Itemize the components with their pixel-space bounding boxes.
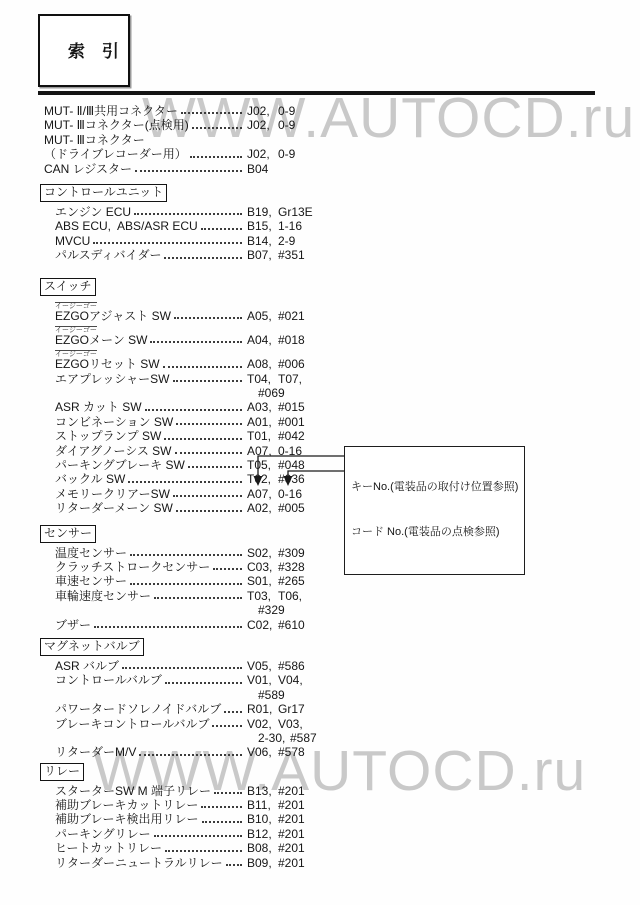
- key-no: V01,: [247, 673, 278, 687]
- code-no: #201: [278, 841, 305, 855]
- callout-arrows: [250, 445, 350, 491]
- index-row: EZGOメーン SWA04,#018: [44, 333, 610, 347]
- code-no: #201: [278, 812, 305, 826]
- item-codes: A04,#018: [247, 333, 610, 347]
- code-no: #015: [278, 400, 305, 414]
- item-codes: S01,#265: [247, 574, 610, 588]
- item-label: パーキングリレー: [55, 827, 151, 841]
- index-row: コントロールバルブV01,V04,: [44, 673, 610, 687]
- key-no: A08,: [247, 357, 278, 371]
- item-label: コントロールバルブ: [55, 673, 162, 687]
- code-no: T07,: [278, 372, 302, 386]
- item-label: エンジン ECU: [55, 205, 131, 219]
- key-no-arrow-line: [258, 456, 344, 477]
- dotted-leader: [130, 554, 242, 556]
- index-row: ASR カット SWA03,#015: [44, 400, 610, 414]
- dotted-leader: [150, 341, 242, 343]
- item-label: スターターSW M 端子リレー: [55, 784, 211, 798]
- item-codes: 2-30,#587: [258, 731, 317, 745]
- key-no: #069: [258, 386, 290, 400]
- item-label: 車速センサー: [55, 574, 127, 588]
- index-row-continuation: #329: [44, 603, 610, 617]
- section-title: リレー: [44, 764, 80, 778]
- item-label: 車輪速度センサー: [55, 589, 151, 603]
- section: マグネットバルブASR バルブV05,#586コントロールバルブV01,V04,…: [44, 638, 610, 760]
- index-row: （ドライブレコーダー用）J02,0-9: [44, 147, 610, 161]
- item-codes: B13,#201: [247, 784, 610, 798]
- dotted-leader: [188, 466, 242, 468]
- dotted-leader: [201, 228, 242, 230]
- index-row: EZGOリセット SWA08,#006: [44, 357, 610, 371]
- furigana-row: イージーゴー: [44, 301, 610, 309]
- code-no-arrow-line: [288, 471, 344, 477]
- dotted-leader: [176, 423, 242, 425]
- dotted-leader: [163, 366, 242, 368]
- item-codes: T04,T07,: [247, 372, 610, 386]
- item-label: ダイアグノーシス SW: [55, 444, 172, 458]
- code-no: 2-9: [278, 234, 295, 248]
- item-label: クラッチストロークセンサー: [55, 560, 210, 574]
- item-label: パーキングブレーキ SW: [55, 458, 185, 472]
- key-no: S02,: [247, 546, 278, 560]
- item-label: 補助ブレーキ検出用リレー: [55, 812, 199, 826]
- key-no: B08,: [247, 841, 278, 855]
- title-rule: [38, 91, 595, 95]
- item-codes: B10,#201: [247, 812, 610, 826]
- dotted-leader: [214, 792, 242, 794]
- code-no: #021: [278, 309, 305, 323]
- item-label: エアプレッシャーSW: [55, 372, 170, 386]
- code-no: V04,: [278, 673, 303, 687]
- key-no: J02,: [247, 104, 278, 118]
- item-label: 補助ブレーキカットリレー: [55, 798, 198, 812]
- item-label: MVCU: [55, 234, 90, 248]
- item-codes: #069: [258, 386, 290, 400]
- dotted-leader: [130, 583, 242, 585]
- item-label: ブレーキコントロールバルブ: [55, 717, 209, 731]
- item-codes: T03,T06,: [247, 589, 610, 603]
- code-no: #586: [278, 659, 305, 673]
- section: コントロールユニットエンジン ECUB19,Gr13EABS ECU, ABS/…: [44, 184, 610, 263]
- item-codes: B08,#201: [247, 841, 610, 855]
- index-row: ブザーC02,#610: [44, 618, 610, 632]
- index-row: ABS ECU, ABS/ASR ECUB15,1-16: [44, 219, 610, 233]
- section: リレースターターSW M 端子リレーB13,#201補助ブレーキカットリレーB1…: [44, 763, 610, 870]
- item-label: バックル SW: [55, 472, 125, 486]
- index-row: MUT- Ⅲコネクター: [44, 133, 610, 147]
- item-label: MUT- Ⅱ/Ⅲ共用コネクター: [44, 104, 178, 118]
- item-codes: J02,0-9: [247, 118, 610, 132]
- item-codes: J02,0-9: [247, 104, 610, 118]
- dotted-leader: [173, 380, 243, 382]
- dotted-leader: [226, 864, 242, 866]
- dotted-leader: [165, 850, 242, 852]
- key-no: 2-30,: [258, 731, 290, 745]
- index-row: 車速センサーS01,#265: [44, 574, 610, 588]
- code-no: 0-9: [278, 147, 295, 161]
- code-no: T06,: [278, 589, 302, 603]
- item-label: ストップランプ SW: [55, 429, 161, 443]
- key-no: B09,: [247, 856, 278, 870]
- code-no-arrowhead: [284, 476, 293, 486]
- dotted-leader: [145, 409, 242, 411]
- dotted-leader: [213, 568, 242, 570]
- index-row: ブレーキコントロールバルブV02,V03,: [44, 717, 610, 731]
- legend-callout-box: キーNo.(電装品の取付け位置参照) コード No.(電装品の点検参照): [344, 446, 525, 575]
- item-label: リターダーニュートラルリレー: [55, 856, 223, 870]
- dotted-leader: [174, 317, 242, 319]
- index-page: WWW.AUTOCD.ru WWW.AUTOCD.ru 索 引 MUT- Ⅱ/Ⅲ…: [0, 0, 640, 905]
- dotted-leader: [202, 821, 242, 823]
- key-no: J02,: [247, 147, 278, 161]
- key-no: B10,: [247, 812, 278, 826]
- section-header-box: センサー: [40, 525, 96, 543]
- item-label: CAN レジスター: [44, 162, 132, 176]
- item-codes: B09,#201: [247, 856, 610, 870]
- item-codes: B04: [247, 162, 610, 176]
- key-no: B11,: [247, 798, 278, 812]
- code-no: 1-16: [278, 219, 302, 233]
- item-label: ABS ECU, ABS/ASR ECU: [55, 219, 198, 233]
- code-no: #578: [278, 745, 305, 759]
- code-no: #201: [278, 827, 305, 841]
- code-no: #351: [278, 248, 305, 262]
- code-no: #265: [278, 574, 305, 588]
- item-codes: B14,2-9: [247, 234, 610, 248]
- page-title-box: 索 引: [38, 14, 130, 87]
- dotted-leader: [164, 438, 242, 440]
- key-no: A04,: [247, 333, 278, 347]
- code-no: Gr17: [278, 702, 305, 716]
- item-codes: B07,#351: [247, 248, 610, 262]
- legend-code-no-line: コード No.(電装品の点検参照): [351, 525, 518, 540]
- code-no: 0-9: [278, 104, 295, 118]
- dotted-leader: [224, 711, 242, 713]
- code-no: V03,: [278, 717, 303, 731]
- index-row: リターダーニュートラルリレーB09,#201: [44, 856, 610, 870]
- section-header-box: リレー: [40, 763, 84, 781]
- index-row: MUT- Ⅱ/Ⅲ共用コネクターJ02,0-9: [44, 104, 610, 118]
- key-no: B19,: [247, 205, 278, 219]
- key-no: B13,: [247, 784, 278, 798]
- item-label: MUT- Ⅲコネクター(点検用): [44, 118, 189, 132]
- item-label: EZGOリセット SW: [55, 357, 160, 371]
- item-label: （ドライブレコーダー用）: [44, 147, 187, 161]
- dotted-leader: [173, 495, 242, 497]
- index-row: CAN レジスターB04: [44, 162, 610, 176]
- index-row: スターターSW M 端子リレーB13,#201: [44, 784, 610, 798]
- dotted-leader: [154, 835, 242, 837]
- item-label: メモリークリアーSW: [55, 487, 170, 501]
- code-no: #610: [278, 618, 305, 632]
- key-no: C03,: [247, 560, 278, 574]
- item-codes: A08,#006: [247, 357, 610, 371]
- code-no: Gr13E: [278, 205, 313, 219]
- dotted-leader: [190, 156, 242, 158]
- index-row: エンジン ECUB19,Gr13E: [44, 205, 610, 219]
- furigana-row: イージーゴー: [44, 325, 610, 333]
- item-codes: B11,#201: [247, 798, 610, 812]
- dotted-leader: [93, 242, 242, 244]
- key-no: A05,: [247, 309, 278, 323]
- index-row: パワータードソレノイドバルブR01,Gr17: [44, 702, 610, 716]
- index-row: EZGOアジャスト SWA05,#021: [44, 309, 610, 323]
- index-row: エアプレッシャーSWT04,T07,: [44, 372, 610, 386]
- item-codes: #589: [258, 688, 290, 702]
- item-label: ASR カット SW: [55, 400, 142, 414]
- index-row: ストップランプ SWT01,#042: [44, 429, 610, 443]
- key-no: B12,: [247, 827, 278, 841]
- code-no: #201: [278, 784, 305, 798]
- dotted-leader: [212, 725, 242, 727]
- item-label: リターダーメーン SW: [55, 501, 173, 515]
- dotted-leader: [134, 213, 242, 215]
- item-label: コンビネーション SW: [55, 415, 173, 429]
- item-codes: T01,#042: [247, 429, 610, 443]
- item-label: EZGOメーン SW: [55, 333, 147, 347]
- section-title: マグネットバルブ: [44, 639, 140, 653]
- item-codes: V06,#578: [247, 745, 610, 759]
- key-no: A02,: [247, 501, 278, 515]
- item-codes: V01,V04,: [247, 673, 610, 687]
- index-row-continuation: #069: [44, 386, 610, 400]
- item-codes: B15,1-16: [247, 219, 610, 233]
- item-label: リターダーM/V: [55, 745, 136, 759]
- item-codes: B19,Gr13E: [247, 205, 610, 219]
- key-no: #589: [258, 688, 290, 702]
- index-row: パルスディバイダーB07,#351: [44, 248, 610, 262]
- code-no: #006: [278, 357, 305, 371]
- key-no: B14,: [247, 234, 278, 248]
- dotted-leader: [181, 112, 242, 114]
- key-no: J02,: [247, 118, 278, 132]
- item-label: MUT- Ⅲコネクター: [44, 133, 145, 147]
- index-row: MVCUB14,2-9: [44, 234, 610, 248]
- dotted-leader: [176, 510, 242, 512]
- code-no: #005: [278, 501, 305, 515]
- key-no: V05,: [247, 659, 278, 673]
- section-title: スイッチ: [44, 279, 92, 293]
- key-no: B15,: [247, 219, 278, 233]
- item-codes: V02,V03,: [247, 717, 610, 731]
- index-row-continuation: #589: [44, 688, 610, 702]
- item-label: パルスディバイダー: [55, 248, 161, 262]
- item-codes: A03,#015: [247, 400, 610, 414]
- dotted-leader: [128, 481, 242, 483]
- dotted-leader: [135, 170, 242, 172]
- code-no: #587: [290, 731, 317, 745]
- code-no: #309: [278, 546, 305, 560]
- key-no: S01,: [247, 574, 278, 588]
- item-label: パワータードソレノイドバルブ: [55, 702, 221, 716]
- index-row: MUT- Ⅲコネクター(点検用)J02,0-9: [44, 118, 610, 132]
- furigana-row: イージーゴー: [44, 349, 610, 357]
- section-title: コントロールユニット: [44, 185, 163, 199]
- code-no: #328: [278, 560, 305, 574]
- code-no: #001: [278, 415, 305, 429]
- dotted-leader: [192, 127, 242, 129]
- item-label: ヒートカットリレー: [55, 841, 162, 855]
- section-header-box: コントロールユニット: [40, 184, 167, 202]
- item-codes: A05,#021: [247, 309, 610, 323]
- index-row: コンビネーション SWA01,#001: [44, 415, 610, 429]
- key-no: R01,: [247, 702, 278, 716]
- key-no: T03,: [247, 589, 278, 603]
- item-codes: J02,0-9: [247, 147, 610, 161]
- item-codes: B12,#201: [247, 827, 610, 841]
- legend-key-no-line: キーNo.(電装品の取付け位置参照): [351, 480, 518, 495]
- key-no: A03,: [247, 400, 278, 414]
- index-row: ASR バルブV05,#586: [44, 659, 610, 673]
- key-no: A01,: [247, 415, 278, 429]
- dotted-leader: [122, 667, 242, 669]
- item-label: ブザー: [55, 618, 91, 632]
- index-row: 補助ブレーキ検出用リレーB10,#201: [44, 812, 610, 826]
- key-no: V02,: [247, 717, 278, 731]
- index-row-continuation: 2-30,#587: [44, 731, 610, 745]
- item-label: 温度センサー: [55, 546, 127, 560]
- index-row: 補助ブレーキカットリレーB11,#201: [44, 798, 610, 812]
- dotted-leader: [175, 452, 242, 454]
- index-row: ヒートカットリレーB08,#201: [44, 841, 610, 855]
- code-no: #201: [278, 798, 305, 812]
- item-label: ASR バルブ: [55, 659, 119, 673]
- code-no: #201: [278, 856, 305, 870]
- item-codes: A01,#001: [247, 415, 610, 429]
- key-no: #329: [258, 603, 290, 617]
- key-no: B07,: [247, 248, 278, 262]
- dotted-leader: [164, 257, 242, 259]
- section-header-box: スイッチ: [40, 278, 96, 296]
- item-codes: C02,#610: [247, 618, 610, 632]
- section-header-box: マグネットバルブ: [40, 638, 144, 656]
- key-no: V06,: [247, 745, 278, 759]
- index-row: リターダーM/VV06,#578: [44, 745, 610, 759]
- key-no: C02,: [247, 618, 278, 632]
- key-no-arrowhead: [254, 476, 263, 486]
- key-no: T01,: [247, 429, 278, 443]
- dotted-leader: [201, 806, 242, 808]
- dotted-leader: [165, 682, 242, 684]
- dotted-leader: [139, 754, 242, 756]
- item-codes: #329: [258, 603, 290, 617]
- dotted-leader: [154, 597, 242, 599]
- item-label: EZGOアジャスト SW: [55, 309, 171, 323]
- index-row: パーキングリレーB12,#201: [44, 827, 610, 841]
- item-codes: R01,Gr17: [247, 702, 610, 716]
- section-title: センサー: [44, 526, 92, 540]
- code-no: #018: [278, 333, 305, 347]
- index-row: 車輪速度センサーT03,T06,: [44, 589, 610, 603]
- key-no: T04,: [247, 372, 278, 386]
- code-no: 0-9: [278, 118, 295, 132]
- page-title: 索 引: [68, 42, 119, 61]
- key-no: B04: [247, 162, 278, 176]
- dotted-leader: [94, 626, 242, 628]
- item-codes: V05,#586: [247, 659, 610, 673]
- code-no: #042: [278, 429, 305, 443]
